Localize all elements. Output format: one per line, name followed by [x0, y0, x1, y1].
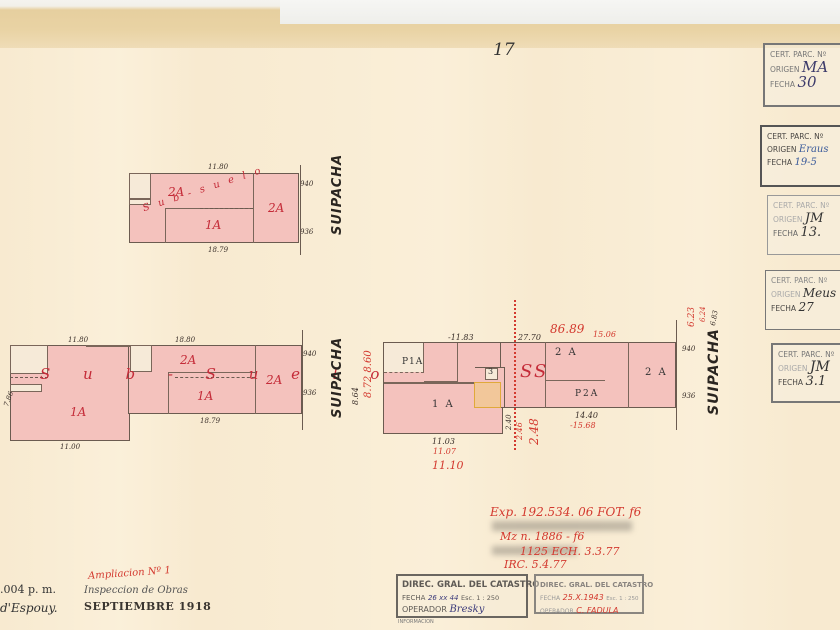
- escala: Esc. 1 : 250: [461, 594, 499, 602]
- room-p1a: [424, 343, 458, 382]
- fecha-value: 3.1: [805, 374, 826, 389]
- origen-label: ORIGEN: [771, 290, 801, 299]
- cert-stamp-2: CERT. PARC. Nº ORIGEN Eraus FECHA 19-5: [760, 125, 840, 187]
- operador-label: OPERADOR: [540, 608, 574, 615]
- fecha-label: FECHA: [773, 229, 798, 238]
- dim-bottom-left: 11.00: [60, 443, 80, 451]
- light-well: [10, 384, 42, 392]
- operador-value: Bresky: [449, 604, 484, 615]
- dim-bottom-left-black: 11.03: [432, 437, 455, 446]
- wall: [86, 345, 130, 347]
- cert-number-label: CERT. PARC. Nº: [767, 130, 840, 143]
- fecha-value: 26 xx 44: [428, 594, 459, 602]
- dim-total-red: 86.89: [550, 322, 584, 336]
- signature: d'Espouy.: [0, 601, 58, 615]
- dim-right-bottom: 936: [303, 389, 316, 397]
- cert-stamp-3: CERT. PARC. Nº ORIGEN JM FECHA 13.: [767, 195, 840, 255]
- dim-left-red: 8.72 8.60: [363, 350, 374, 398]
- stamp-title: DIREC. GRAL. DEL CATASTRO: [402, 578, 522, 592]
- origen-value: Eraus: [799, 144, 829, 155]
- fecha-value: 19-5: [794, 157, 816, 168]
- cert-stamp-5: CERT. PARC. Nº ORIGEN JM FECHA 3.1: [771, 343, 840, 403]
- cert-stamp-4: CERT. PARC. Nº ORIGEN Meus FECHA 27: [765, 270, 840, 330]
- dim-top: 11.80: [208, 163, 228, 171]
- dim-right-bottom: 936: [300, 228, 313, 236]
- dim-bottom-left-red: 11.07: [433, 447, 456, 456]
- fecha-label: FECHA: [778, 378, 803, 387]
- dim-top-right: 15.06: [593, 330, 616, 339]
- dim-bottom-mid-black: 2.40: [505, 414, 513, 430]
- dim-bottom-right-black: 14.40: [575, 411, 598, 420]
- note-irc: IRC. 5.4.77: [504, 558, 567, 571]
- fecha-label: FECHA: [402, 594, 425, 602]
- cert-stamp-1: CERT. PARC. Nº ORIGEN MA FECHA 30: [763, 43, 840, 107]
- fecha-label: FECHA: [771, 304, 796, 313]
- dim-bottom: 18.79: [208, 246, 228, 254]
- courtyard: [129, 173, 151, 199]
- label-1a: 1A: [70, 405, 86, 419]
- label-2a: 2 A: [555, 347, 578, 358]
- label-p2a: P2A: [575, 389, 599, 399]
- dim-right-bottom: 936: [682, 392, 695, 400]
- dim-bottom-mid-red: 2.46: [515, 422, 524, 440]
- page-number: 17: [493, 40, 515, 60]
- fecha-label: FECHA: [540, 595, 560, 602]
- label-1a: 1A: [197, 389, 213, 403]
- faded-text: [140, 285, 142, 293]
- dim-top-left: 11.80: [68, 336, 88, 344]
- dim-frontage-red2: 6.24: [699, 306, 707, 322]
- operador-value: C. FADULA: [576, 606, 618, 615]
- scan-margin: [280, 0, 840, 24]
- escala: Esc. 1 : 250: [606, 596, 638, 602]
- dim-top-mid: 27.70: [518, 333, 541, 342]
- note-expediente: Exp. 192.534. 06 FOT. f6: [490, 505, 641, 519]
- dim-bottom-left-red2: 11.10: [432, 459, 464, 472]
- dim-left-black: 8.64: [351, 387, 360, 405]
- note-manzana: Mz n. 1886 - f6: [500, 530, 584, 543]
- street-line: [676, 320, 677, 430]
- dim-right-top: 940: [682, 345, 695, 353]
- dim-right-top: 940: [303, 350, 316, 358]
- catastro-stamp-1: DIREC. GRAL. DEL CATASTRO FECHA 26 xx 44…: [396, 574, 528, 618]
- fecha-value: 27: [798, 300, 813, 314]
- dim-frontage-red: 6.23: [687, 307, 697, 327]
- dashed-line: [200, 208, 253, 209]
- street-line: [300, 165, 301, 255]
- dim-bottom-right-red: -15.68: [570, 421, 596, 430]
- street-name: SUIPACHA: [330, 337, 345, 418]
- label-2a: 2A: [268, 201, 284, 215]
- inspeccion-label: Inspeccion de Obras: [84, 585, 188, 596]
- fecha-value: 13.: [800, 225, 821, 240]
- label-1a: 1A: [205, 218, 221, 232]
- label-2a: 2 A: [645, 367, 668, 378]
- label-p1a: P1A: [402, 357, 423, 367]
- origen-value: JM: [810, 359, 830, 375]
- street-line: [302, 330, 303, 430]
- origen-label: ORIGEN: [767, 145, 797, 154]
- stamp-sub-label: INFORMACION: [398, 619, 434, 625]
- dim-top-left: -11.83: [448, 333, 474, 342]
- strip: [384, 372, 424, 382]
- street-name: SUIPACHA: [706, 328, 722, 415]
- origen-label: ORIGEN: [770, 65, 800, 74]
- dim-bottom-mid-red2: 2.48: [527, 418, 541, 445]
- label-ss: SS: [520, 361, 548, 382]
- dim-right-top: 940: [300, 180, 313, 188]
- footer-left-partial: .004 p. m.: [0, 583, 56, 596]
- origen-value: JM: [805, 211, 824, 226]
- label-1a: 1 A: [432, 399, 455, 410]
- origen-value: Meus: [803, 286, 836, 300]
- fecha-label: FECHA: [770, 80, 795, 89]
- fecha-value: 25.X.1943: [563, 593, 604, 602]
- fecha-label: FECHA: [767, 158, 792, 167]
- wall: [384, 382, 474, 384]
- street-name: SUIPACHA: [330, 154, 345, 235]
- dim-bottom-right: 18.79: [200, 417, 220, 425]
- box-number: 3: [488, 367, 493, 376]
- plan-date: SEPTIEMBRE 1918: [84, 600, 211, 613]
- origen-label: ORIGEN: [773, 215, 803, 224]
- operador-label: OPERADOR: [402, 605, 447, 614]
- dim-top-right: 18.80: [175, 336, 195, 344]
- stair-box: [474, 382, 501, 408]
- fecha-value: 30: [797, 73, 816, 91]
- stamp-title: DIREC. GRAL. DEL CATASTRO: [540, 578, 638, 592]
- catastro-stamp-2: DIREC. GRAL. DEL CATASTRO FECHA 25.X.194…: [534, 574, 644, 614]
- origen-label: ORIGEN: [778, 364, 808, 373]
- note-fecha: 1125 ECH. 3.3.77: [520, 545, 620, 558]
